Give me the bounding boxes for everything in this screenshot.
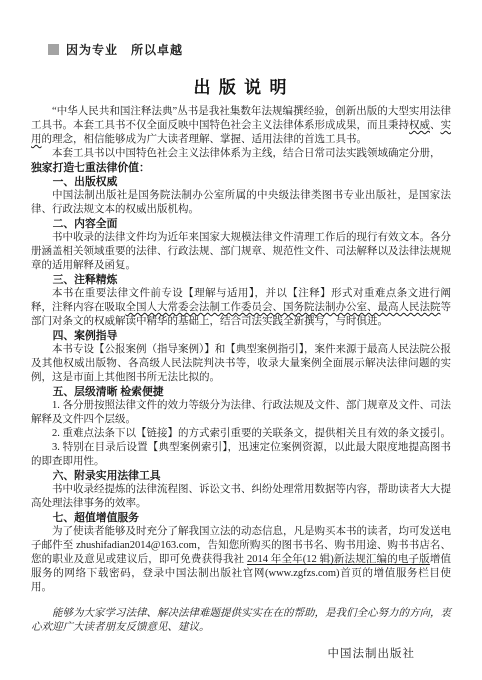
section-2-paragraph: 书中收录的法律文件均为近年来国家大规模法律文件清理工作后的现行有效文本。各分册涵… xyxy=(31,231,451,273)
section-7-paragraph: 为了使读者能够及时充分了解我国立法的动态信息，凡是购买本书的读者，均可发送电子邮… xyxy=(31,525,451,595)
section-4-heading: 四、案例指导 xyxy=(31,329,451,343)
closing-paragraph: 能够为大家学习法律、解决法律难题提供实实在在的帮助，是我们全心努力的方向，衷心欢… xyxy=(31,607,451,635)
section-6-paragraph: 书中收录经提炼的法律流程图、诉讼文书、纠纷处理常用数据等内容，帮助读者大大提高处… xyxy=(31,483,451,511)
emphasis-2014-compilation: 2014 年全年(12 辑)新法规汇编的电子版 xyxy=(247,554,430,565)
page-title: 出 版 说 明 xyxy=(0,73,482,98)
gray-square-icon xyxy=(48,44,59,55)
publication-note-page: 因为专业 所以卓越 出 版 说 明 “中华人民共和国注释法典”丛书是我社集数年法… xyxy=(0,0,482,680)
list-item-2: 2. 重难点法条下以【链接】的方式索引重要的关联条文，提供相关且有效的条文援引。 xyxy=(31,427,451,441)
email-address: zhushifadian2014@163.com xyxy=(76,540,197,551)
document-body: “中华人民共和国注释法典”丛书是我社集数年法规编撰经验，创新出版的大型实用法律工… xyxy=(31,105,451,661)
section-2-heading: 二、内容全面 xyxy=(31,217,451,231)
section-3-heading: 三、注释精炼 xyxy=(31,273,451,287)
section-1-heading: 一、出版权威 xyxy=(31,175,451,189)
section-5-heading: 五、层级清晰 检索便捷 xyxy=(31,385,451,399)
section-1-paragraph: 中国法制出版社是国务院法制办公室所属的中央级法律类图书专业出版社，是国家法律、行… xyxy=(31,189,451,217)
brand-header: 因为专业 所以卓越 xyxy=(48,41,183,58)
intro-text: 的理念，相信能够成为广大读者理解、掌握、适用法律的首选工具书。 xyxy=(42,134,368,145)
emphasis-authority: 权威 xyxy=(409,120,430,131)
brand-slogan: 因为专业 所以卓越 xyxy=(66,41,183,58)
list-item-3: 3. 特别在目录后设置【典型案例索引】，迅速定位案例资源，以此最大限度地提高图书… xyxy=(31,441,451,469)
intro-text: 、 xyxy=(430,120,441,131)
section-3-paragraph: 本书在重要法律文件前专设【理解与适用】，并以【注释】形式对重难点条文进行阐释，注… xyxy=(31,287,451,329)
value-proposition-heading: 独家打造七重法律价值： xyxy=(31,161,451,175)
list-item-1: 1. 各分册按照法律文件的效力等级分为法律、行政法规及文件、部门规章及文件、司法… xyxy=(31,399,451,427)
intro-text: “中华人民共和国注释法典”丛书是我社集数年法规编撰经验，创新出版的大型实用法律工… xyxy=(31,106,451,131)
section-6-heading: 六、附录实用法律工具 xyxy=(31,469,451,483)
publisher-signature: 中国法制出版社 xyxy=(31,647,451,661)
intro-paragraph-2: 本套工具书以中国特色社会主义法律体系为主线，结合日常司法实践领域确定分册， xyxy=(31,147,451,161)
section-7-heading: 七、超值增值服务 xyxy=(31,511,451,525)
intro-paragraph-1: “中华人民共和国注释法典”丛书是我社集数年法规编撰经验，创新出版的大型实用法律工… xyxy=(31,105,451,147)
section-4-paragraph: 本书专设【公报案例（指导案例）】和【典型案例指引】，案件来源于最高人民法院公报及… xyxy=(31,343,451,385)
emphasis-institutions: 全国人大常委会法制工作委员会、国务院法制办公室、最高人民法院 xyxy=(126,302,441,313)
